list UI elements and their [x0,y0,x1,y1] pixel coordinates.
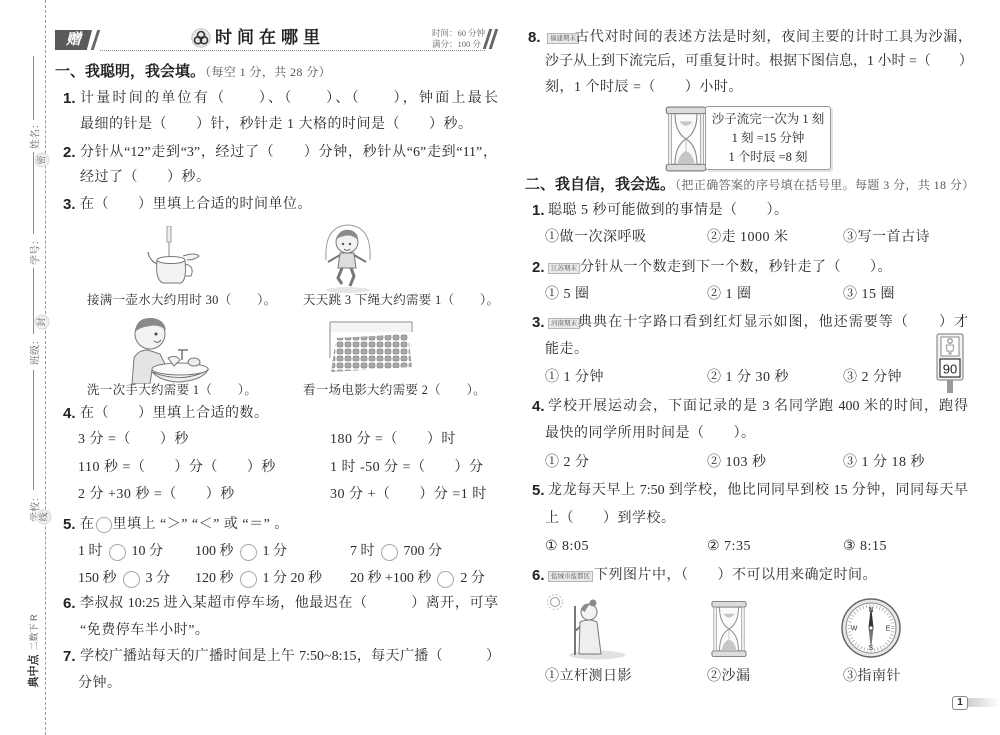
section1-score-note: （每空 1 分，共 28 分） [205,65,331,79]
class-field-label: 班级： [27,335,42,365]
choice-option: ② 1 分 30 秒 [707,368,789,388]
compare-item: 20 秒 +100 秒2 分 [350,569,485,589]
compare-right: 10 分 [132,542,164,562]
question-text: 李叔叔 10:25 进入某超市停车场，他最迟在（ ）离开，可享 [80,594,498,614]
compass-illustration: N S W E [840,597,902,659]
item-caption: 天天跳 3 下绳大约需要 1（ ）。 [303,290,499,310]
choice-option: ② 7:35 [707,537,751,557]
question-text: 计量时间的单位有（ ）、（ ）、（ ），钟面上最长 [80,89,498,109]
question-text: 经过了（ ）秒。 [80,168,211,188]
countdown-display: 90 [943,362,957,377]
question-number: 8. [528,28,541,48]
school-write-line [33,370,34,490]
compass-east: E [886,626,891,633]
choice-option: ③ 8:15 [843,537,887,557]
brand-logo: 典中点 [28,655,40,688]
hourglass-info-box: 沙子流完一次为 1 刻 1 刻 =15 分钟 1 个时辰 =8 刻 [705,106,831,170]
section1-title: 一、我聪明，我会填。 [55,63,205,80]
compare-circle-icon [437,571,454,588]
choice-option: ② 103 秒 [707,453,767,473]
conversion-item: 180 分 =（ ）时 [330,430,456,450]
question-number: 7. [63,647,76,667]
question-text: 在（ ）里填上合适的数。 [80,404,269,424]
cinema-seats-illustration [328,320,413,375]
compare-item: 1 时10 分 [78,542,163,562]
compass-west: W [851,626,858,633]
question-number: 4. [63,404,76,424]
header-slash-icon [91,30,100,50]
compare-left: 1 时 [78,542,103,562]
conversion-item: 2 分 +30 秒 =（ ）秒 [78,485,235,505]
question-text: 分钟。 [78,674,122,694]
question-text: 学校广播站每天的广播时间是上午 7:50~8:15，每天广播（ ） [80,647,500,667]
question-text: 下列图片中，（ ）不可以用来确定时间。 [594,566,877,586]
question-number: 6. [63,594,76,614]
question-text: 在（ ）里填上合适的时间单位。 [80,195,312,215]
page-number-bar [966,698,1000,707]
publisher-imprint: 典中点二数下 R [24,614,42,687]
header-dotted-rule [100,50,485,51]
question-text: 刻，1 个时辰 =（ ）小时。 [545,78,743,98]
compare-item: 7 时700 分 [350,542,442,562]
sundial-pole-illustration [545,592,625,662]
gift-badge: 赠 [55,30,92,50]
compare-right: 2 分 [460,569,485,589]
question-text: 在里填上 “＞” “＜” 或 “＝” 。 [80,515,289,535]
question-text: 最细的针是（ ）针，秒针走 1 大格的时间是（ ）秒。 [80,115,473,135]
compare-right: 1 分 20 秒 [263,569,323,589]
sun-icon [548,595,563,610]
compare-left: 100 秒 [195,542,234,562]
question-number: 6. [532,566,545,586]
question-text: 学校开展运动会，下面记录的是 3 名同学跑 400 米的时间，跑得 [548,397,968,417]
question-text: 分针从“12”走到“3”，经过了（ ）分钟，秒针从“6”走到“11”， [80,143,497,163]
question-number: 3. [63,195,76,215]
conversion-item: 1 时 -50 分 =（ ）分 [330,458,484,478]
question-number: 2. [532,258,545,278]
boy-washing-hands-illustration [122,314,210,384]
compare-left: 20 秒 +100 秒 [350,569,431,589]
compare-circle-icon [240,571,257,588]
compare-left: 120 秒 [195,569,234,589]
choice-option: ① 5 圈 [545,285,590,305]
conversion-item: 3 分 =（ ）秒 [78,430,189,450]
question-text: 能走。 [545,340,589,360]
question-number: 1. [63,89,76,109]
choice-option: ①立杆测日影 [545,667,632,687]
page-title: 时间在哪里 [215,27,325,49]
question-number: 2. [63,143,76,163]
compare-left: 7 时 [350,542,375,562]
name-write-line [33,56,34,120]
compare-left: 150 秒 [78,569,117,589]
compare-right: 1 分 [263,542,288,562]
full-score: 满分：100 分 [432,39,481,49]
question-number: 3. [532,313,545,333]
question-text: 分针从一个数走到下一个数，秒针走了（ ）。 [580,258,892,278]
item-caption: 接满一壶水大约用时 30（ ）。 [87,290,276,310]
question-text: 沙子从上到下流完后，可重复计时。根据下图信息，1 小时 =（ ） [545,52,970,72]
info-line: 1 刻 =15 分钟 [706,129,830,148]
page-number: 1 [952,696,968,710]
choice-option: ③指南针 [843,667,901,687]
choice-option: ① 1 分钟 [545,368,604,388]
question-text: 最快的同学所用时间是（ ）。 [545,424,756,444]
question-text: 古代对时间的表述方法是时刻，夜间主要的计时工具为沙漏， [575,28,972,48]
section1-heading: 一、我聪明，我会填。（每空 1 分，共 28 分） [55,61,331,83]
compass-south: S [869,645,874,652]
section2-heading: 二、我自信，我会选。（把正确答案的序号填在括号里。每题 3 分，共 18 分） [525,174,975,196]
time-limit: 时间：60 分钟 [432,28,485,38]
pedestrian-signal-illustration: 90 [935,332,965,394]
choice-option: ③写一首古诗 [843,228,930,248]
source-tag: 盐城市盐都区 [548,571,593,582]
question-text: 上（ ）到学校。 [545,509,676,529]
choice-option: ②沙漏 [707,667,751,687]
choice-option: ③ 1 分 18 秒 [843,453,925,473]
choice-option: ②走 1000 米 [707,228,789,248]
question-text: 龙龙每天早上 7:50 到学校，他比同同早到校 15 分钟，同同每天早 [548,481,968,501]
info-line: 沙子流完一次为 1 刻 [706,110,830,129]
question-number: 4. [532,397,545,417]
conversion-item: 30 分 +（ ）分 =1 时 [330,485,487,505]
question-number: 5. [532,481,545,501]
question-text-prefix: 在 [80,515,95,535]
question-text: 典典在十字路口看到红灯显示如图，他还需要等（ ）才 [578,313,968,333]
kettle-illustration [145,226,205,286]
compass-north: N [868,607,873,614]
question-text: “免费停车半小时”。 [80,621,209,641]
choice-option: ③ 2 分钟 [843,368,902,388]
compare-circle-icon [240,544,257,561]
compare-right: 700 分 [404,542,443,562]
source-tag: 江苏期末 [548,263,580,274]
seal-dashed-line [45,0,46,735]
hourglass-illustration [710,600,748,658]
item-caption: 洗一次手大约需要 1（ ）。 [87,380,257,400]
source-tag: 河南期末 [548,318,580,329]
compare-circle-icon [109,544,126,561]
question-number: 5. [63,515,76,535]
compare-circle-icon [123,571,140,588]
conversion-item: 110 秒 =（ ）分（ ）秒 [78,458,276,478]
hourglass-illustration [664,106,708,172]
compare-circle-icon [381,544,398,561]
compare-right: 3 分 [146,569,171,589]
item-caption: 看一场电影大约需要 2（ ）。 [303,380,486,400]
section2-title: 二、我自信，我会选。 [525,176,675,193]
unit-trefoil-icon [191,28,211,48]
compare-item: 120 秒1 分 20 秒 [195,569,322,589]
boy-jumping-rope-illustration [318,222,378,294]
section2-score-note: （把正确答案的序号填在括号里。每题 3 分，共 18 分） [675,178,975,192]
compare-circle-icon [96,517,112,533]
compare-item: 150 秒3 分 [78,569,170,589]
choice-option: ①做一次深呼吸 [545,228,647,248]
student-id-write-line [33,152,34,234]
question-number: 1. [532,201,545,221]
name-field-label: 姓名： [27,119,42,149]
choice-option: ① 2 分 [545,453,590,473]
series-label: 二数下 R [29,614,39,650]
choice-option: ① 8:05 [545,537,589,557]
choice-option: ② 1 圈 [707,285,752,305]
seal-mark-xian: 线 [37,510,52,525]
question-text-suffix: 里填上 “＞” “＜” 或 “＝” 。 [113,515,289,535]
compare-item: 100 秒1 分 [195,542,287,562]
seal-mark-mi: 密 [35,153,50,168]
seal-mark-feng: 封 [35,315,50,330]
info-line: 1 个时辰 =8 刻 [706,148,830,167]
student-id-field-label: 学号： [27,235,42,265]
question-text: 聪聪 5 秒可能做到的事情是（ ）。 [548,201,789,221]
choice-option: ③ 15 圈 [843,285,895,305]
